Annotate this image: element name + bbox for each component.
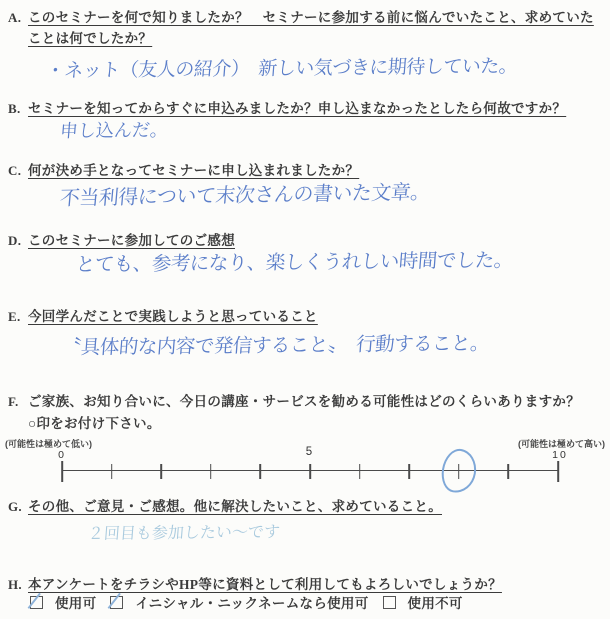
scale-tick <box>359 464 361 479</box>
survey-form-page: A. このセミナーを何で知りましたか？ セミナーに参加する前に悩んでいたこと、求… <box>0 0 610 619</box>
question-b-label: B. <box>8 98 28 119</box>
scale-tick <box>210 464 212 479</box>
usage-permission-options: 使用可 イニシャル・ニックネームなら使用可 使用不可 <box>30 592 463 612</box>
answer-a-handwriting: ・ネット（友人の紹介） 新しい気づきに期待していた。 <box>45 51 519 83</box>
question-g: G. その他、ご意見・ご感想。他に解決したいこと、求めていること。 <box>8 496 602 517</box>
scale-max-label: 10 <box>552 449 568 461</box>
option-use-allowed: 使用可 <box>30 592 96 612</box>
question-f: F. ご家族、お知り合いに、今日の講座・サービスを勧める可能性はどのくらいありま… <box>8 391 602 412</box>
checkbox-initials-allowed <box>110 596 123 609</box>
option-use-allowed-label: 使用可 <box>55 592 96 612</box>
scale-mid-label: 5 <box>306 446 314 458</box>
scale-low-note: (可能性は極めて低い) <box>5 437 92 450</box>
question-h-label: H. <box>8 574 28 595</box>
question-c-label: C. <box>8 160 28 181</box>
question-e-text: 今回学んだことで実践しようと思っていること <box>28 306 600 327</box>
answer-c-handwriting: 不当利得について末次さんの書いた文章。 <box>59 176 432 212</box>
scale-tick <box>408 464 410 479</box>
scale-tick <box>508 464 510 479</box>
option-initials-allowed-label: イニシャル・ニックネームなら使用可 <box>135 592 368 612</box>
option-use-denied-label: 使用不可 <box>408 592 463 612</box>
checkmark-icon <box>108 592 121 608</box>
checkbox-use-allowed <box>30 596 43 609</box>
question-e-label: E. <box>8 306 28 327</box>
scale-tick <box>160 464 162 479</box>
question-a: A. このセミナーを何で知りましたか？ セミナーに参加する前に悩んでいたこと、求… <box>8 7 602 49</box>
checkbox-use-denied <box>383 596 396 609</box>
scale-tick <box>111 464 113 479</box>
question-d-label: D. <box>8 230 28 251</box>
question-a-label: A. <box>8 7 28 28</box>
scale-tick <box>458 464 460 479</box>
question-e: E. 今回学んだことで実践しようと思っていること <box>8 306 602 327</box>
scale-min-label: 0 <box>58 449 66 461</box>
question-g-text: その他、ご意見・ご感想。他に解決したいこと、求めていること。 <box>28 496 600 517</box>
answer-g-handwriting: ２回目も参加したい～です <box>87 519 281 544</box>
option-initials-allowed: イニシャル・ニックネームなら使用可 <box>110 592 368 612</box>
scale-tick <box>61 461 63 482</box>
answer-e-handwriting: 〝具体的な内容で発信すること〟 行動すること。 <box>61 328 490 360</box>
question-a-text: このセミナーを何で知りましたか？ セミナーに参加する前に悩んでいたこと、求めてい… <box>28 7 600 49</box>
question-g-label: G. <box>8 496 28 517</box>
rating-scale: (可能性は極めて低い) (可能性は極めて高い) 0 5 10 <box>5 437 605 489</box>
scale-tick <box>260 464 262 479</box>
scale-tick <box>557 461 559 482</box>
question-f-instruction: ○印をお付け下さい。 <box>28 412 161 432</box>
option-use-denied: 使用不可 <box>383 592 463 612</box>
scale-tick <box>309 464 311 479</box>
question-f-label: F. <box>8 391 28 412</box>
question-f-text: ご家族、お知り合いに、今日の講座・サービスを勧める可能性はどのくらいありますか？ <box>28 391 600 412</box>
answer-d-handwriting: とても、参考になり、楽しくうれしい時間でした。 <box>75 244 514 277</box>
answer-b-handwriting: 申し込んだ。 <box>59 116 169 143</box>
rating-scale-track <box>62 470 558 471</box>
checkmark-icon <box>28 592 41 608</box>
